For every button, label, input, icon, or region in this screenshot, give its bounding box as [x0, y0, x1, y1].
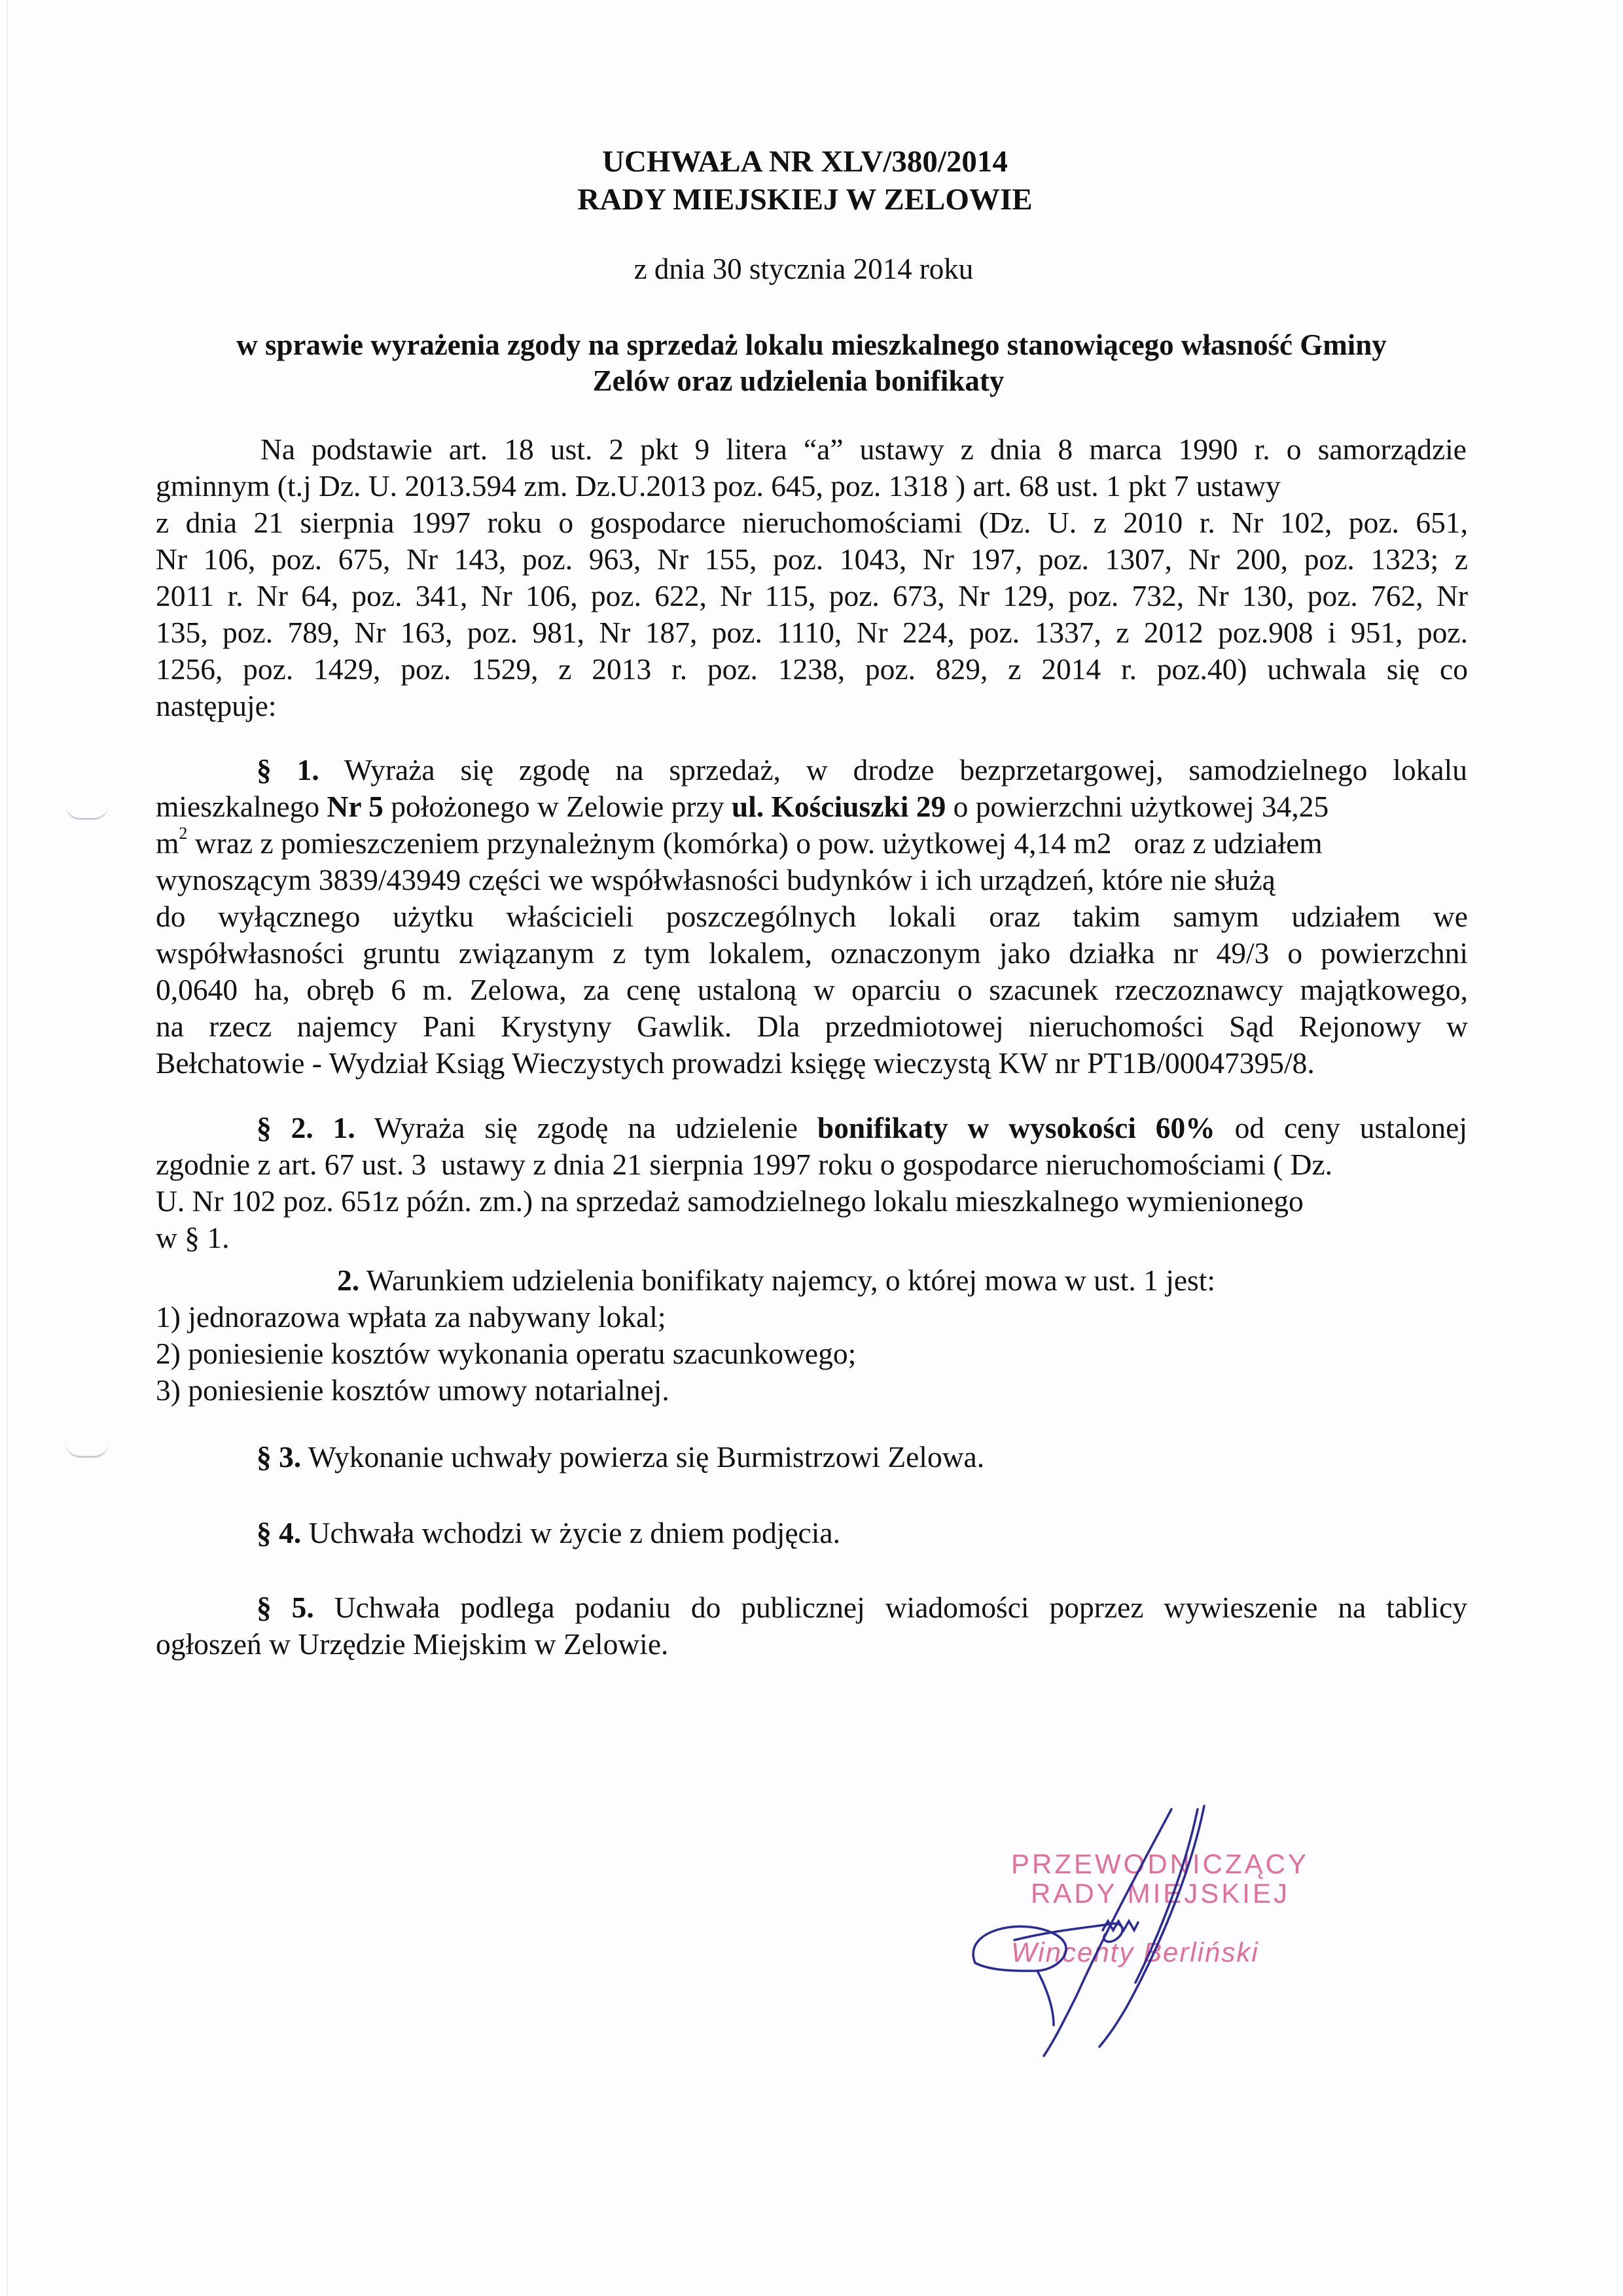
- council-name: RADY MIEJSKIEJ W ZELOWIE: [0, 181, 1616, 219]
- preamble-line: 1256, poz. 1429, poz. 1529, z 2013 r. po…: [156, 652, 1468, 687]
- preamble-line: Nr 106, poz. 675, Nr 143, poz. 963, Nr 1…: [156, 542, 1468, 577]
- resolution-date: z dnia 30 stycznia 2014 roku: [0, 252, 1615, 286]
- par2-subpoint: 2. Warunkiem udzielenia bonifikaty najem…: [337, 1263, 1215, 1298]
- subject-line-1: w sprawie wyrażenia zgody na sprzedaż lo…: [0, 327, 1623, 363]
- street-address: ul. Kościuszki 29: [732, 790, 946, 823]
- preamble-line: 2011 r. Nr 64, poz. 341, Nr 106, poz. 62…: [156, 578, 1468, 614]
- handwritten-signature: [949, 1799, 1374, 2074]
- par1-line: § 1. Wyraża się zgodę na sprzedaż, w dro…: [257, 752, 1467, 788]
- par1-line: mieszkalnego Nr 5 położonego w Zelowie p…: [156, 789, 1329, 824]
- par1-line: do wyłącznego użytku właścicieli poszcze…: [156, 899, 1468, 934]
- preamble-line: następuje:: [156, 688, 276, 724]
- condition-item: 3) poniesienie kosztów umowy notarialnej…: [156, 1373, 669, 1408]
- par2-line: w § 1.: [156, 1220, 229, 1256]
- punch-hole-mark: [65, 805, 109, 820]
- preamble-line: gminnym (t.j Dz. U. 2013.594 zm. Dz.U.20…: [156, 468, 1281, 504]
- par2-label: § 2. 1.: [257, 1111, 355, 1144]
- par4: § 4. Uchwała wchodzi w życie z dniem pod…: [257, 1515, 840, 1551]
- subject-line-2: Zelów oraz udzielenia bonifikaty: [0, 363, 1610, 399]
- par2-line: § 2. 1. Wyraża się zgodę na udzielenie b…: [257, 1110, 1467, 1146]
- par2-line: zgodnie z art. 67 ust. 3 ustawy z dnia 2…: [156, 1147, 1332, 1182]
- par1-line: na rzecz najemcy Pani Krystyny Gawlik. D…: [156, 1009, 1468, 1044]
- resolution-title: UCHWAŁA NR XLV/380/2014: [0, 143, 1616, 181]
- document-page: UCHWAŁA NR XLV/380/2014 RADY MIEJSKIEJ W…: [0, 0, 1623, 2296]
- par5-line: ogłoszeń w Urzędzie Miejskim w Zelowie.: [156, 1627, 668, 1662]
- par5-line: § 5. Uchwała podlega podaniu do publiczn…: [257, 1590, 1467, 1625]
- par1-line: współwłasności gruntu związanym z tym lo…: [156, 936, 1468, 971]
- apartment-number: Nr 5: [327, 790, 383, 823]
- par1-line: wynoszącym 3839/43949 części we współwła…: [156, 862, 1275, 898]
- preamble-line: z dnia 21 sierpnia 1997 roku o gospodarc…: [156, 505, 1468, 540]
- par2-line: U. Nr 102 poz. 651z późn. zm.) na sprzed…: [156, 1184, 1304, 1219]
- par3: § 3. Wykonanie uchwały powierza się Burm…: [257, 1439, 984, 1475]
- par1-line: Bełchatowie - Wydział Ksiąg Wieczystych …: [156, 1046, 1315, 1081]
- discount-amount: bonifikaty w wysokości 60%: [817, 1111, 1215, 1144]
- punch-hole-mark: [65, 1443, 109, 1458]
- par1-label: § 1.: [257, 753, 319, 786]
- preamble-line: Na podstawie art. 18 ust. 2 pkt 9 litera…: [260, 432, 1467, 467]
- par1-line: m2 wraz z pomieszczeniem przynależnym (k…: [156, 826, 1323, 861]
- preamble-line: 135, poz. 789, Nr 163, poz. 981, Nr 187,…: [156, 615, 1468, 650]
- condition-item: 1) jednorazowa wpłata za nabywany lokal;: [156, 1299, 666, 1335]
- condition-item: 2) poniesienie kosztów wykonania operatu…: [156, 1336, 856, 1371]
- par1-line: 0,0640 ha, obręb 6 m. Zelowa, za cenę us…: [156, 972, 1468, 1008]
